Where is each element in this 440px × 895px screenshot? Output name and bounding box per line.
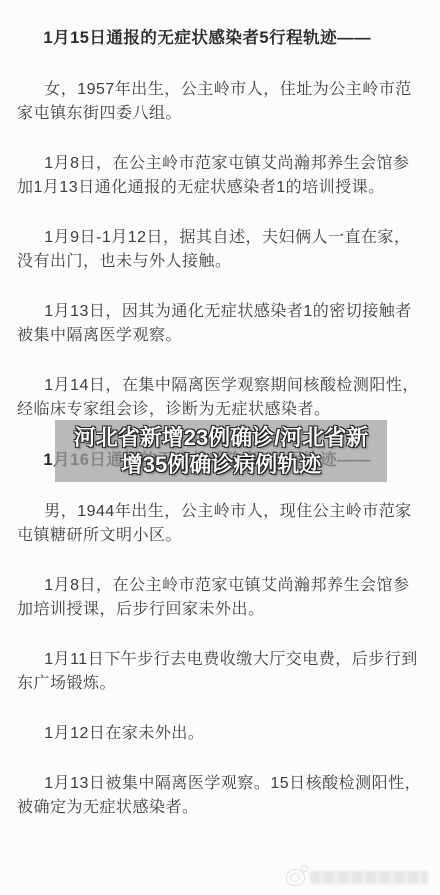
paragraph-case6-jan11: 1月11日下午步行去电费收缴大厅交电费，后步行到东广场锻炼。: [17, 648, 423, 696]
paragraph-case5-jan14: 1月14日，在集中隔离医学观察期间核酸检测阳性，经临床专家组会诊，诊断为无症状感…: [17, 374, 423, 422]
watermark-blurred-text: [310, 871, 428, 884]
caption-overlay: 河北省新增23例确诊/河北省新增35例确诊病例轨迹: [55, 420, 387, 482]
article-page: 1月15日通报的无症状感染者5行程轨迹—— 女，1957年出生，公主岭市人，住址…: [0, 0, 440, 895]
paragraph-case6-jan12: 1月12日在家未外出。: [17, 722, 423, 746]
paragraph-case6-jan13: 1月13日被集中隔离医学观察。15日核酸检测阳性，被确定为无症状感染者。: [17, 772, 423, 820]
second-heading-wrap: 1月16日通报的无症状感染者6行程轨迹—— 河北省新增23例确诊/河北省新增35…: [17, 448, 423, 472]
paragraph-case5-profile: 女，1957年出生，公主岭市人，住址为公主岭市范家屯镇东街四委八组。: [17, 78, 423, 126]
paragraph-case5-jan13: 1月13日，因其为通化无症状感染者1的密切接触者被集中隔离医学观察。: [17, 300, 423, 348]
watermark: [286, 869, 428, 886]
paragraph-case6-profile: 男，1944年出生，公主岭市人，现住公主岭市范家屯镇糖研所文明小区。: [17, 500, 423, 548]
paragraph-case5-jan9-12: 1月9日-1月12日，据其自述，夫妇俩人一直在家，没有出门，也未与外人接触。: [17, 226, 423, 274]
paragraph-case6-jan8: 1月8日，在公主岭市范家屯镇艾尚瀚邦养生会馆参加培训授课，后步行回家未外出。: [17, 574, 423, 622]
overlay-title: 河北省新增23例确诊/河北省新增35例确诊病例轨迹: [55, 424, 387, 478]
paragraph-case5-jan8: 1月8日，在公主岭市范家屯镇艾尚瀚邦养生会馆参加1月13日通化通报的无症状感染者…: [17, 152, 423, 200]
doodle-logo-icon: [286, 869, 305, 886]
section-heading-jan15: 1月15日通报的无症状感染者5行程轨迹——: [17, 26, 423, 50]
